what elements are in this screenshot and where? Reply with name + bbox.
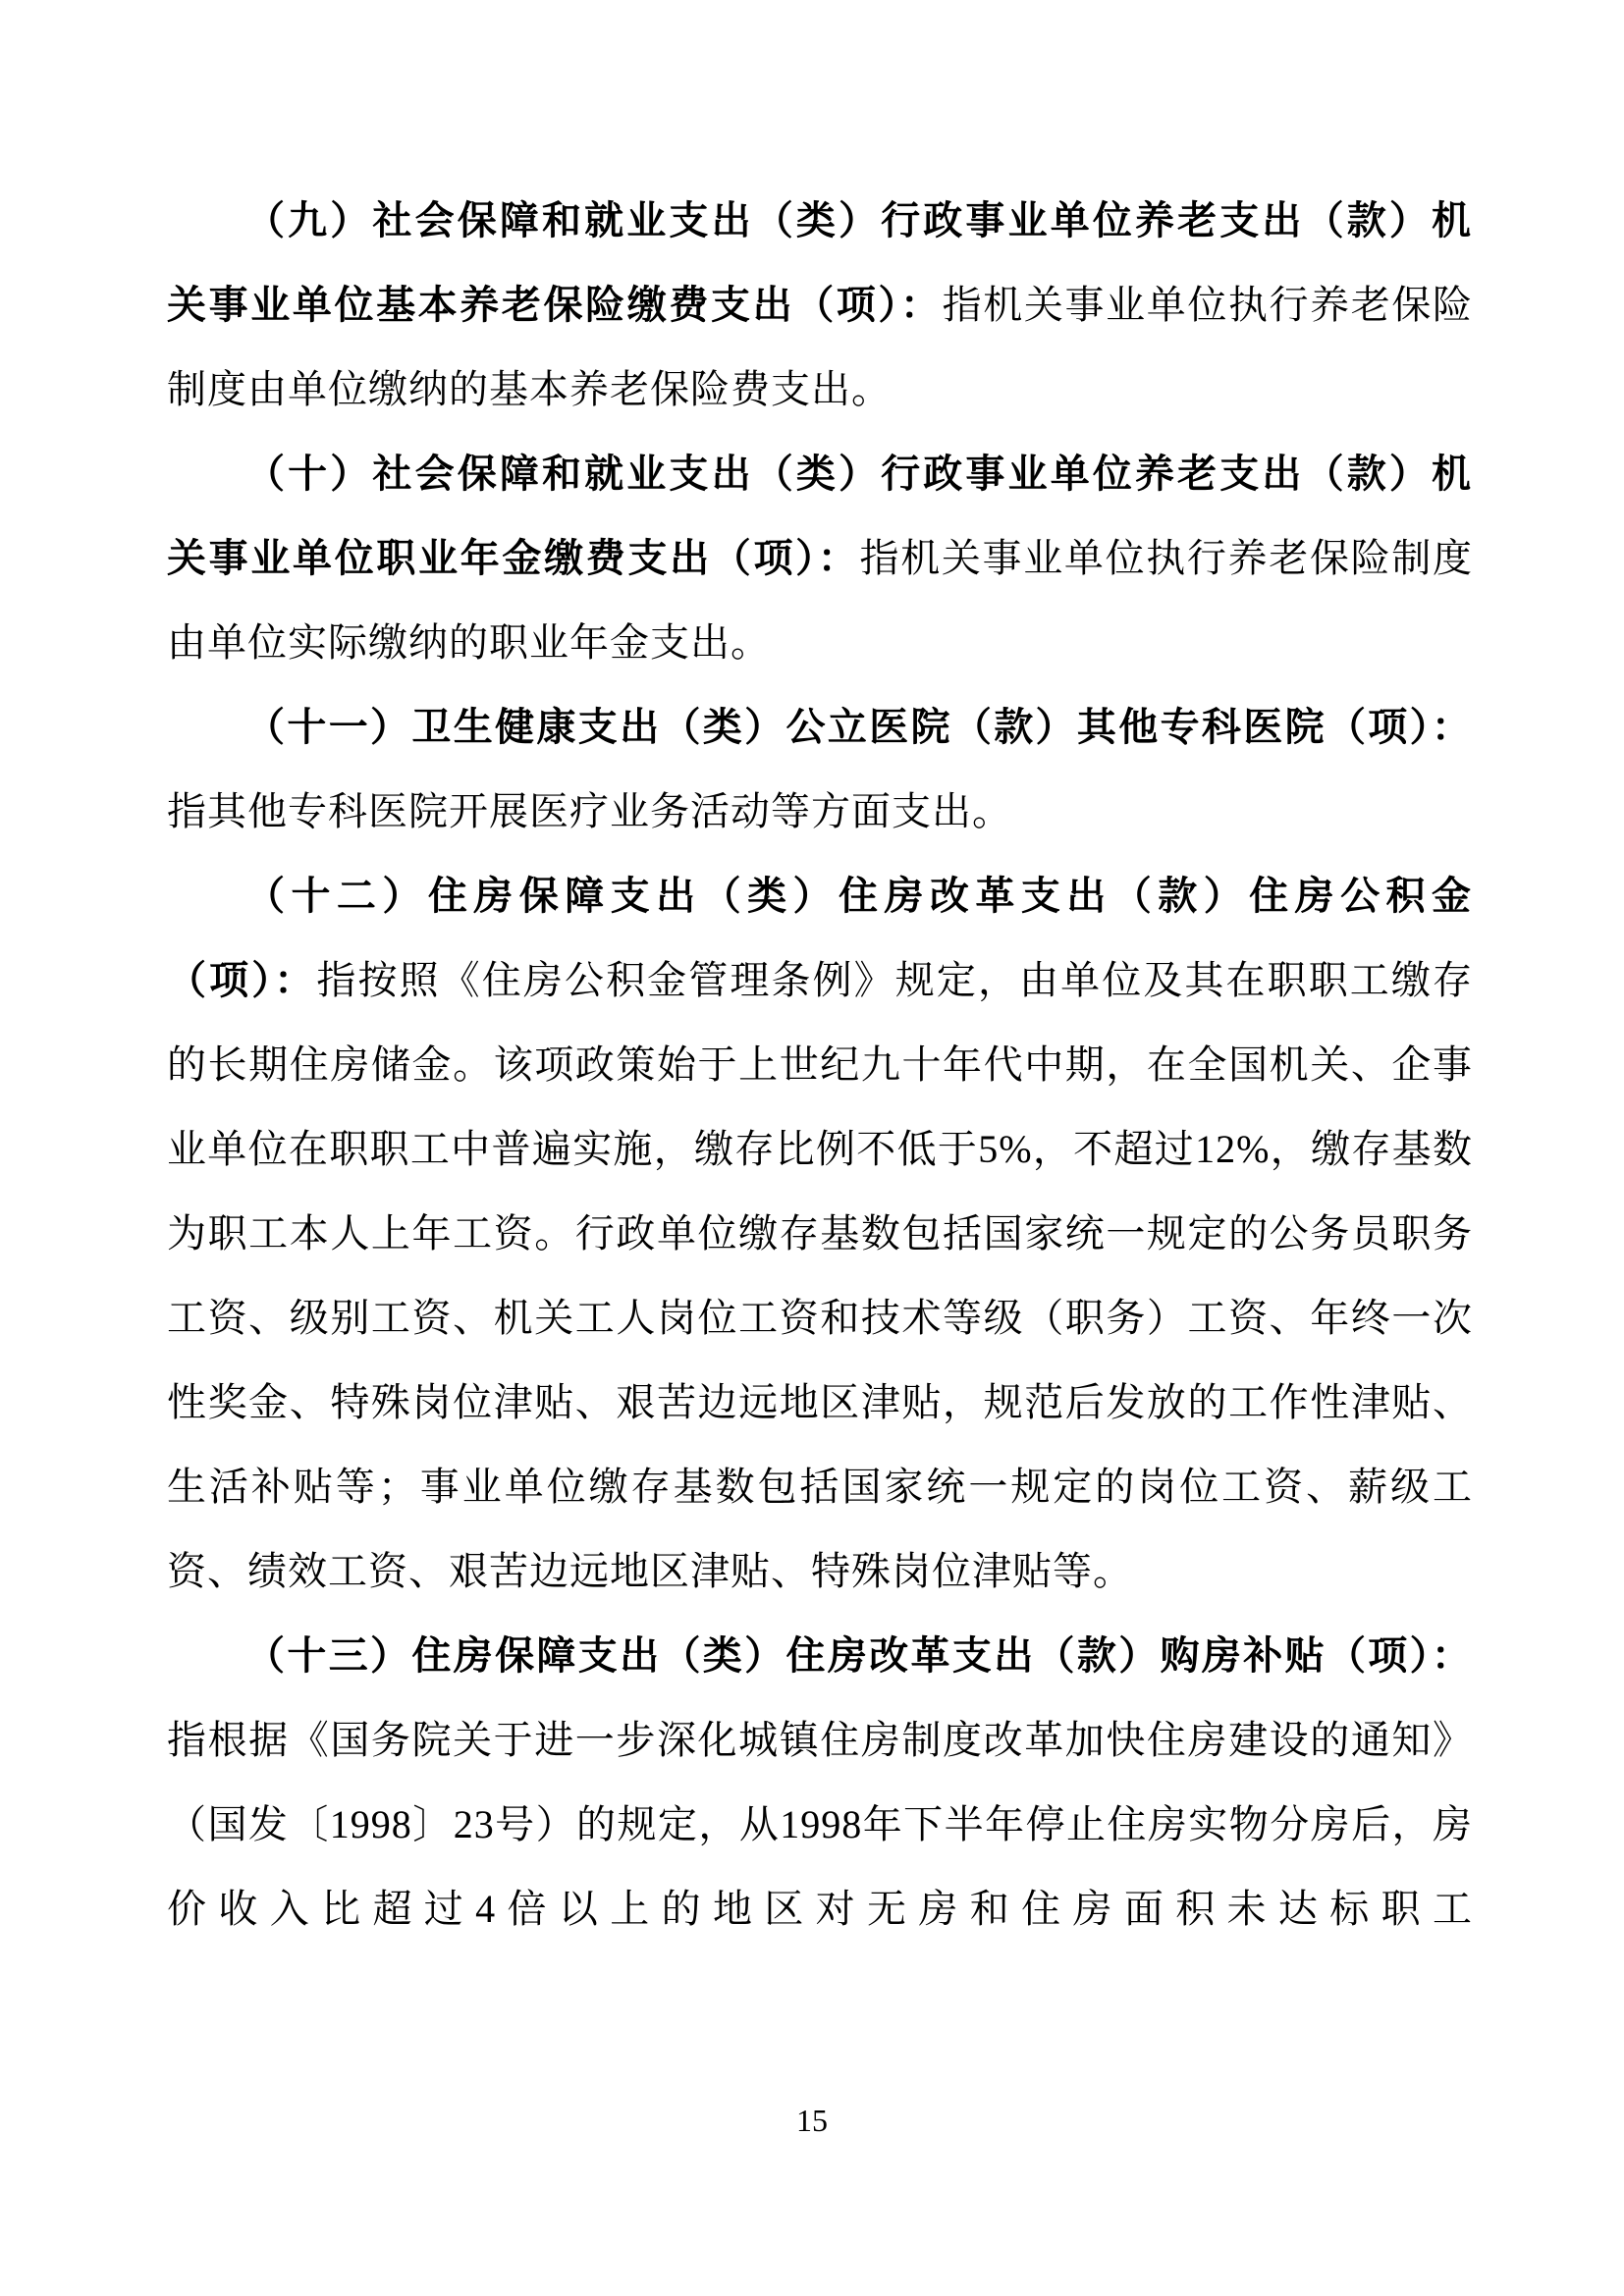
paragraph-item-13: （十三）住房保障支出（类）住房改革支出（款）购房补贴（项）：指根据《国务院关于进… xyxy=(167,1614,1473,1951)
paragraph-heading: （十三）住房保障支出（类）住房改革支出（款）购房补贴（项）： xyxy=(245,1633,1473,1678)
paragraph-item-12: （十二）住房保障支出（类）住房改革支出（款）住房公积金（项）：指按照《住房公积金… xyxy=(167,854,1473,1614)
page-number: 15 xyxy=(0,2103,1624,2139)
paragraph-body: 指按照《住房公积金管理条例》规定，由单位及其在职职工缴存的长期住房储金。该项政策… xyxy=(167,958,1473,1593)
paragraph-heading: （十一）卫生健康支出（类）公立医院（款）其他专科医院（项）： xyxy=(245,705,1473,749)
document-body: （九）社会保障和就业支出（类）行政事业单位养老支出（款）机关事业单位基本养老保险… xyxy=(167,179,1473,1951)
paragraph-body: 指根据《国务院关于进一步深化城镇住房制度改革加快住房建设的通知》（国发〔1998… xyxy=(167,1718,1473,1931)
paragraph-body: 指其他专科医院开展医疗业务活动等方面支出。 xyxy=(167,789,1012,833)
paragraph-item-9: （九）社会保障和就业支出（类）行政事业单位养老支出（款）机关事业单位基本养老保险… xyxy=(167,179,1473,432)
paragraph-item-10: （十）社会保障和就业支出（类）行政事业单位养老支出（款）机关事业单位职业年金缴费… xyxy=(167,432,1473,685)
paragraph-item-11: （十一）卫生健康支出（类）公立医院（款）其他专科医院（项）：指其他专科医院开展医… xyxy=(167,685,1473,854)
document-page: （九）社会保障和就业支出（类）行政事业单位养老支出（款）机关事业单位基本养老保险… xyxy=(0,0,1624,2296)
